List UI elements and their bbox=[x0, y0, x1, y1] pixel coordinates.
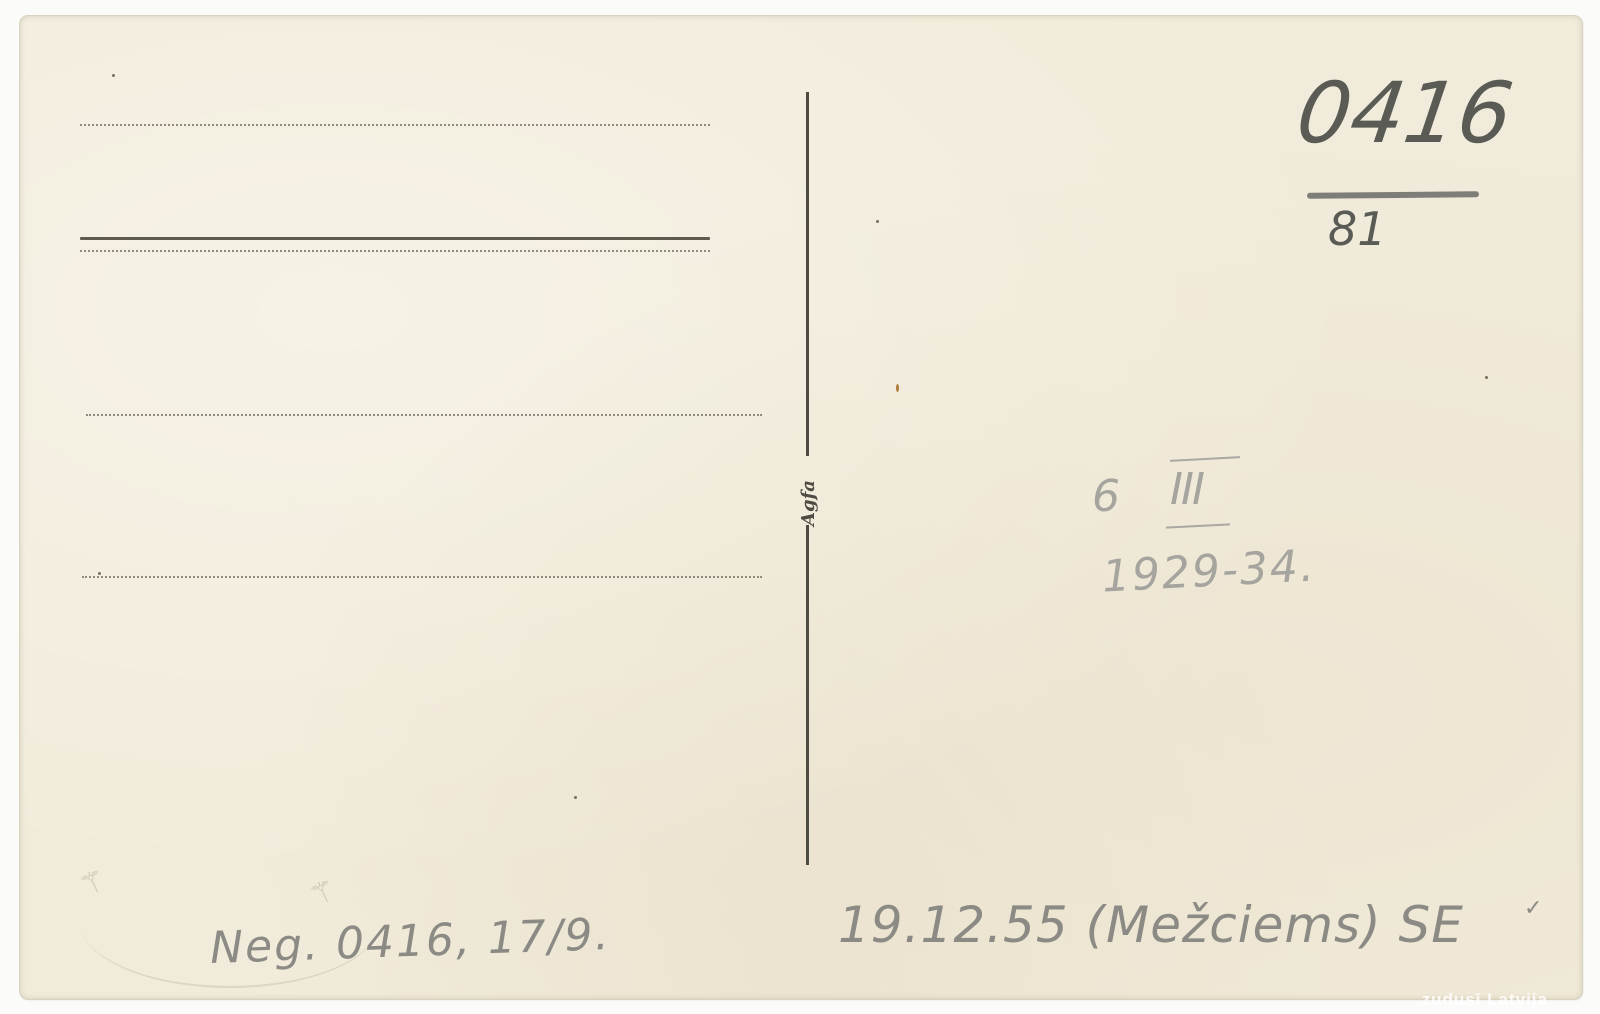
address-line-3 bbox=[86, 414, 762, 416]
postcard-back: Agfa 0416 81 6 III 1929-34. ⚚ ⚚ Neg. 041… bbox=[20, 16, 1582, 999]
paper-speck bbox=[876, 220, 879, 223]
center-divider-top bbox=[806, 92, 809, 456]
stamp-emblem-icon: ⚚ bbox=[74, 862, 113, 905]
paper-speck bbox=[574, 796, 577, 799]
paper-speck bbox=[896, 384, 899, 392]
date-month-roman: III bbox=[1170, 464, 1203, 515]
paper-speck bbox=[1485, 376, 1488, 379]
address-heavy-rule bbox=[80, 237, 710, 240]
date-day: 6 bbox=[1092, 471, 1122, 522]
address-line-1 bbox=[80, 124, 710, 126]
roman-underline bbox=[1166, 523, 1230, 528]
source-watermark: zudusī Latvija bbox=[1422, 990, 1548, 1010]
paper-speck bbox=[112, 74, 115, 77]
catalog-date: 19.12.55 (Mežciems) SE bbox=[838, 896, 1464, 954]
address-line-4 bbox=[82, 576, 762, 578]
paper-speck bbox=[98, 572, 101, 575]
year-range: 1929-34. bbox=[1101, 540, 1317, 602]
catalog-checkmark: ✓ bbox=[1524, 896, 1544, 921]
stamp-emblem-icon: ⚚ bbox=[304, 872, 343, 915]
address-line-2 bbox=[80, 250, 710, 252]
inventory-number: 0416 bbox=[1291, 64, 1519, 162]
inventory-fraction-bar bbox=[1307, 191, 1479, 199]
agfa-brand-mark: Agfa bbox=[776, 483, 840, 523]
roman-overline bbox=[1170, 456, 1240, 462]
center-divider-bottom bbox=[806, 525, 809, 865]
inventory-sub-number: 81 bbox=[1328, 202, 1387, 256]
